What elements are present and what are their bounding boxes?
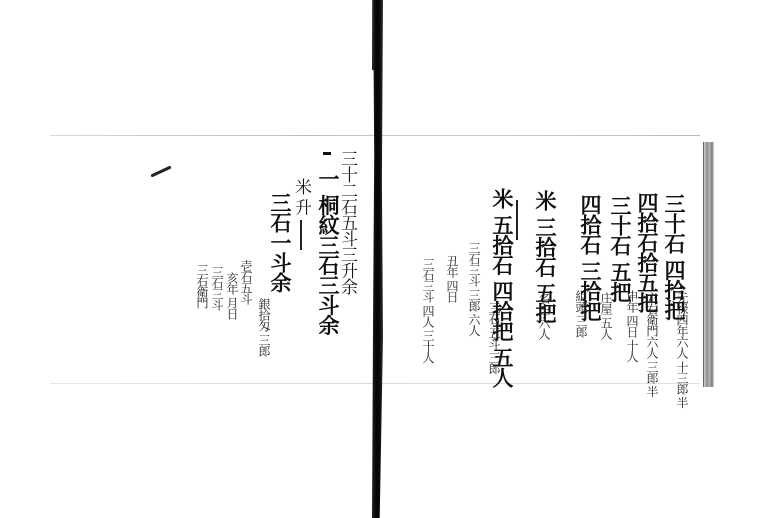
right-column-16: 三石三斗 四人 三十人 bbox=[422, 258, 434, 363]
right-column-14: 三石三斗 三郎 六人 bbox=[468, 242, 480, 336]
right-column-13: 三石 五斗 三郎 bbox=[488, 302, 500, 374]
item-dash-mark bbox=[323, 152, 331, 155]
column-ruling-stroke bbox=[516, 200, 518, 240]
right-column-10: 庄屋 五人 bbox=[600, 292, 612, 339]
right-column-11: 組頭 三郎 bbox=[575, 290, 587, 337]
check-mark bbox=[150, 165, 171, 177]
column-ruling-stroke bbox=[300, 220, 302, 250]
left-column-7: 亥年 月日 bbox=[226, 272, 238, 319]
right-column-12: 名主 六人 bbox=[538, 292, 550, 339]
left-column-3: 米 升 bbox=[292, 178, 309, 214]
right-column-15: 丑年 四日 bbox=[446, 255, 458, 302]
right-page-fore-edge bbox=[703, 142, 714, 387]
right-column-3: 三十石 五把 bbox=[610, 195, 631, 301]
left-column-9: 三右衛門 bbox=[196, 264, 208, 308]
left-column-2: 一 桐紋三石三斗余 bbox=[318, 168, 339, 334]
left-column-4: 三石一斗余 bbox=[270, 192, 291, 292]
right-column-9: 申年 四日 十人 bbox=[626, 290, 638, 362]
left-column-8: 三石三斗 bbox=[211, 266, 223, 310]
right-column-8: 六右衛門六人 三郎 半 bbox=[646, 292, 658, 397]
left-column-5: 銀拾匁 三郎 bbox=[258, 298, 270, 356]
right-column-7: 元禄四年六人 十三郎 半 bbox=[676, 292, 688, 408]
book-spine-gutter bbox=[372, 0, 383, 518]
left-column-6: 壱石五斗 bbox=[240, 260, 252, 304]
